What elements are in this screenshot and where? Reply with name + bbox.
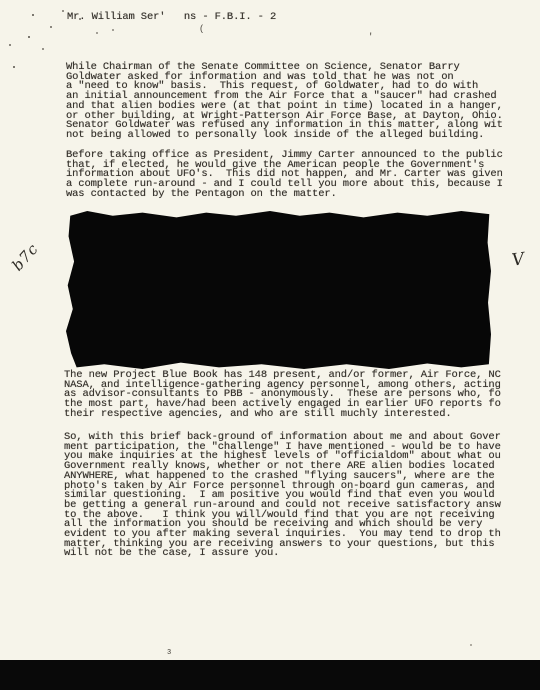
scanned-document-page: Mr. William Ser' ns - F.B.I. - 2 While C… (0, 0, 540, 690)
margin-note-right-partial: V (511, 249, 526, 271)
redaction-block (66, 211, 491, 369)
scan-noise-speckles (0, 0, 2, 2)
paragraph-project-blue-book: The new Project Blue Book has 148 presen… (64, 371, 501, 420)
margin-note-b7c: b7c (8, 240, 42, 275)
paragraph-goldwater: While Chairman of the Senate Committee o… (66, 63, 503, 141)
paragraph-carter: Before taking office as President, Jimmy… (66, 151, 503, 200)
scan-artifact-tick: ' (368, 32, 373, 42)
scan-artifact-paren: ( (199, 24, 204, 34)
document-header: Mr. William Ser' ns - F.B.I. - 2 (67, 13, 276, 23)
bottom-page-mark: 3 (167, 649, 171, 657)
bottom-scan-edge (0, 660, 540, 690)
paragraph-challenge: So, with this brief back-ground of infor… (64, 433, 501, 559)
